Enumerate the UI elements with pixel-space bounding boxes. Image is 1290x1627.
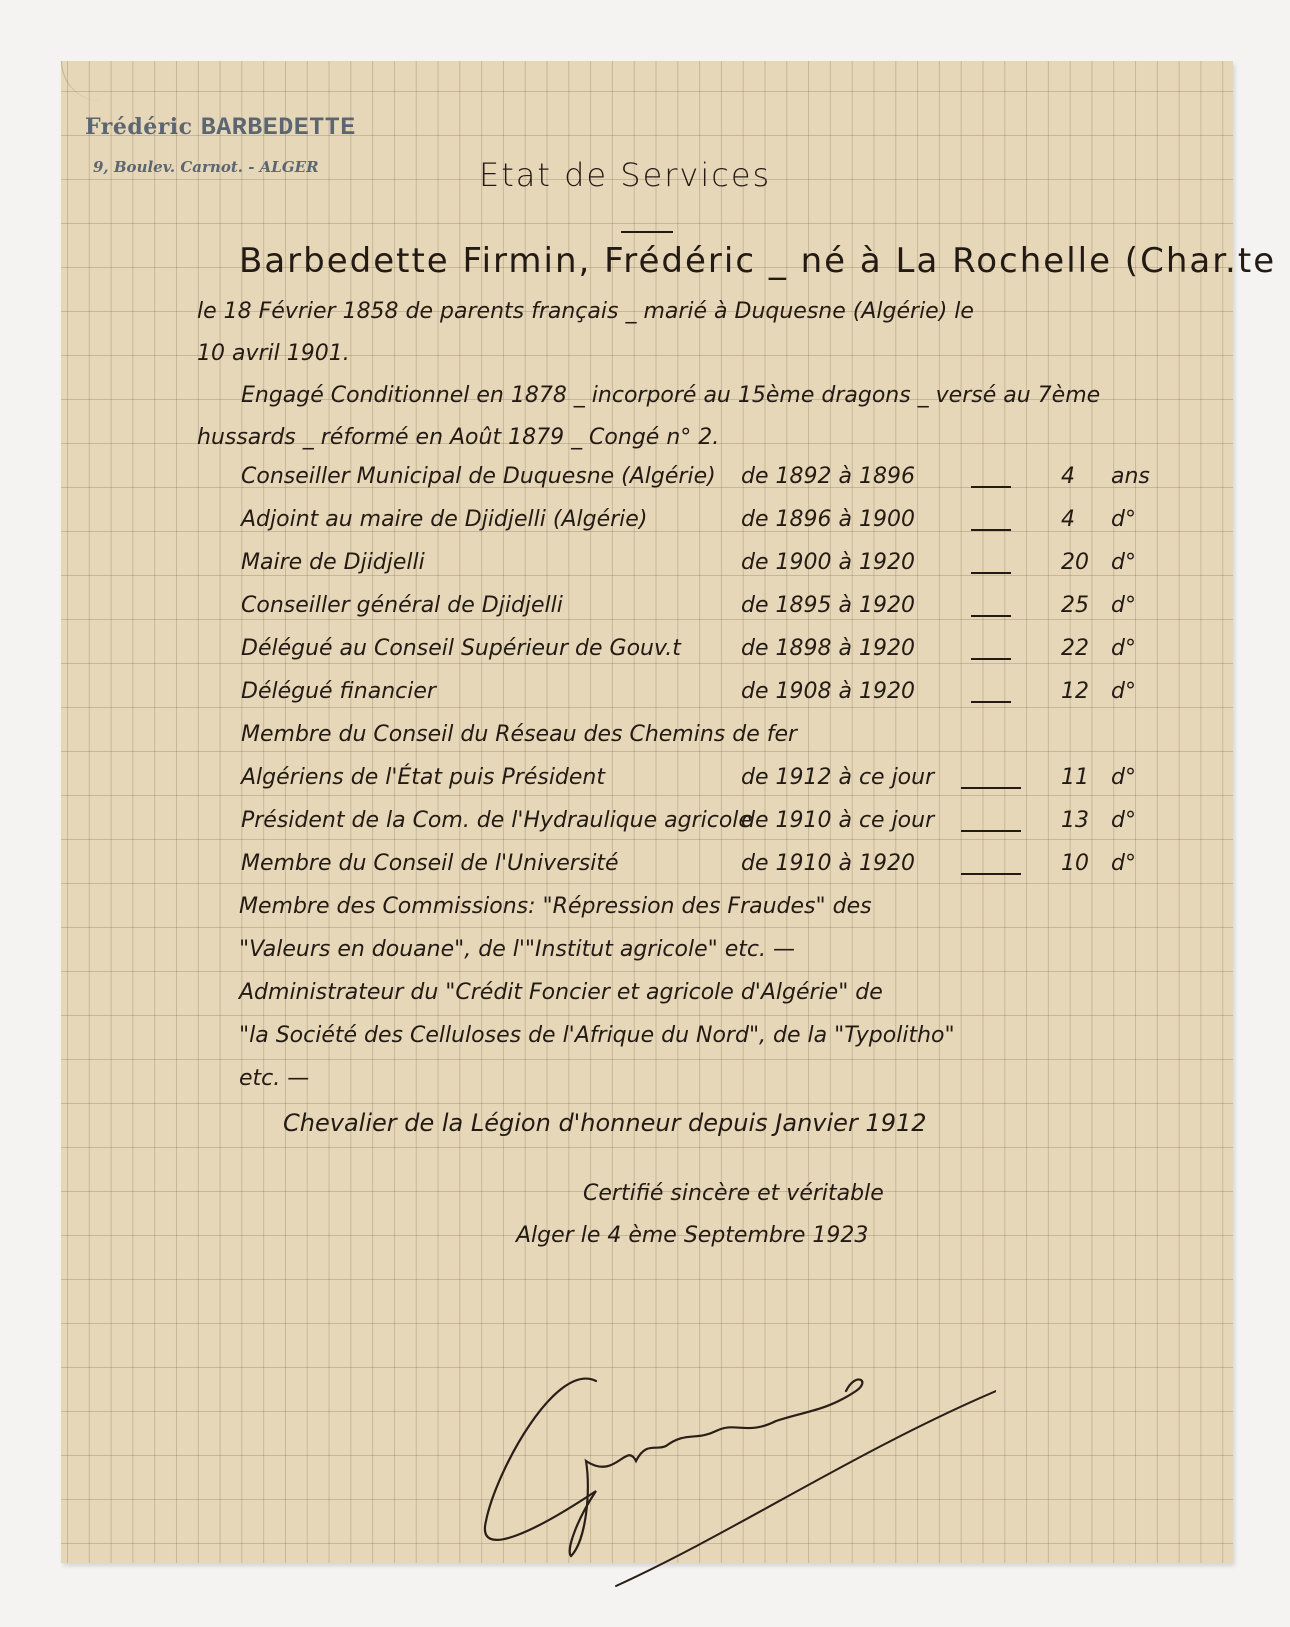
service-row: Conseiller général de Djidjelli de 1895 … — [241, 593, 1201, 633]
service-duration: 12 — [1061, 679, 1089, 704]
service-label: Adjoint au maire de Djidjelli (Algérie) — [241, 507, 647, 532]
railway-council-line: Membre du Conseil du Réseau des Chemins … — [241, 722, 797, 747]
service-unit: d° — [1111, 550, 1136, 575]
other-line-3: Administrateur du "Crédit Foncier et agr… — [239, 980, 883, 1005]
place-date-line: Alger le 4 ème Septembre 1923 — [516, 1223, 868, 1248]
service-row: Président de la Com. de l'Hydraulique ag… — [241, 808, 1201, 848]
folded-corner — [61, 61, 112, 101]
service-dates: de 1910 à 1920 — [741, 851, 915, 876]
service-dates: de 1910 à ce jour — [741, 808, 934, 833]
letterhead-address: 9, Boulev. Carnot. - ALGER — [93, 158, 319, 176]
service-unit: d° — [1111, 851, 1136, 876]
dash-separator — [971, 658, 1011, 660]
service-duration: 13 — [1061, 808, 1089, 833]
service-row: Maire de Djidjelli de 1900 à 1920 20 d° — [241, 550, 1201, 590]
service-label: Conseiller Municipal de Duquesne (Algéri… — [241, 464, 716, 489]
service-duration: 20 — [1061, 550, 1089, 575]
other-line-4: "la Société des Celluloses de l'Afrique … — [239, 1023, 955, 1048]
service-dates: de 1908 à 1920 — [741, 679, 915, 704]
dash-separator — [971, 572, 1011, 574]
letterhead-first-name: Frédéric — [85, 114, 193, 140]
service-unit: ans — [1111, 464, 1150, 489]
intro-line-3: 10 avril 1901. — [197, 341, 350, 366]
service-dates: de 1892 à 1896 — [741, 464, 915, 489]
military-line-2: hussards _ réformé en Août 1879 _ Congé … — [197, 425, 719, 450]
service-dates: de 1896 à 1900 — [741, 507, 915, 532]
other-line-5: etc. — — [239, 1066, 309, 1091]
service-dates: de 1895 à 1920 — [741, 593, 915, 618]
service-row: Délégué financier de 1908 à 1920 12 d° — [241, 679, 1201, 719]
dash-separator — [971, 529, 1011, 531]
service-label: Délégué au Conseil Supérieur de Gouv.t — [241, 636, 681, 661]
service-duration: 11 — [1061, 765, 1089, 790]
document-title: Etat de Services — [479, 156, 771, 194]
dash-separator — [961, 873, 1021, 875]
dash-separator — [961, 787, 1021, 789]
service-label: Conseiller général de Djidjelli — [241, 593, 563, 618]
other-line-2: "Valeurs en douane", de l'"Institut agri… — [239, 937, 795, 962]
service-dates: de 1898 à 1920 — [741, 636, 915, 661]
service-unit: d° — [1111, 765, 1136, 790]
other-line-1: Membre des Commissions: "Répression des … — [239, 894, 872, 919]
dash-separator — [971, 486, 1011, 488]
military-line-1: Engagé Conditionnel en 1878 _ incorporé … — [241, 383, 1100, 408]
service-label: Président de la Com. de l'Hydraulique ag… — [241, 808, 752, 833]
service-duration: 25 — [1061, 593, 1089, 618]
service-unit: d° — [1111, 593, 1136, 618]
service-row: Conseiller Municipal de Duquesne (Algéri… — [241, 464, 1201, 504]
service-dates: de 1900 à 1920 — [741, 550, 915, 575]
service-label: Membre du Conseil de l'Université — [241, 851, 619, 876]
service-duration: 22 — [1061, 636, 1089, 661]
service-duration: 4 — [1061, 507, 1075, 532]
service-unit: d° — [1111, 808, 1136, 833]
honor-line: Chevalier de la Légion d'honneur depuis … — [283, 1109, 927, 1137]
service-label: Délégué financier — [241, 679, 436, 704]
signature — [476, 1351, 996, 1591]
title-underline — [621, 231, 673, 233]
service-dates: de 1912 à ce jour — [741, 765, 934, 790]
service-row: Adjoint au maire de Djidjelli (Algérie) … — [241, 507, 1201, 547]
service-row: Algériens de l'État puis Président de 19… — [241, 765, 1201, 805]
intro-line-2: le 18 Février 1858 de parents français _… — [197, 299, 974, 324]
service-unit: d° — [1111, 507, 1136, 532]
service-row: Délégué au Conseil Supérieur de Gouv.t d… — [241, 636, 1201, 676]
service-label: Maire de Djidjelli — [241, 550, 425, 575]
certification-line: Certifié sincère et véritable — [583, 1181, 884, 1206]
letterhead-last-name: BARBEDETTE — [201, 113, 356, 142]
service-unit: d° — [1111, 679, 1136, 704]
service-label: Algériens de l'État puis Président — [241, 765, 605, 790]
service-duration: 4 — [1061, 464, 1075, 489]
dash-separator — [971, 615, 1011, 617]
document-page: Frédéric BARBEDETTE 9, Boulev. Carnot. -… — [61, 61, 1233, 1563]
service-unit: d° — [1111, 636, 1136, 661]
letterhead-stamp-name: Frédéric BARBEDETTE — [85, 113, 356, 142]
intro-line-1: Barbedette Firmin, Frédéric _ né à La Ro… — [239, 241, 1290, 281]
dash-separator — [971, 701, 1011, 703]
dash-separator — [961, 830, 1021, 832]
service-row: Membre du Conseil de l'Université de 191… — [241, 851, 1201, 891]
service-duration: 10 — [1061, 851, 1089, 876]
